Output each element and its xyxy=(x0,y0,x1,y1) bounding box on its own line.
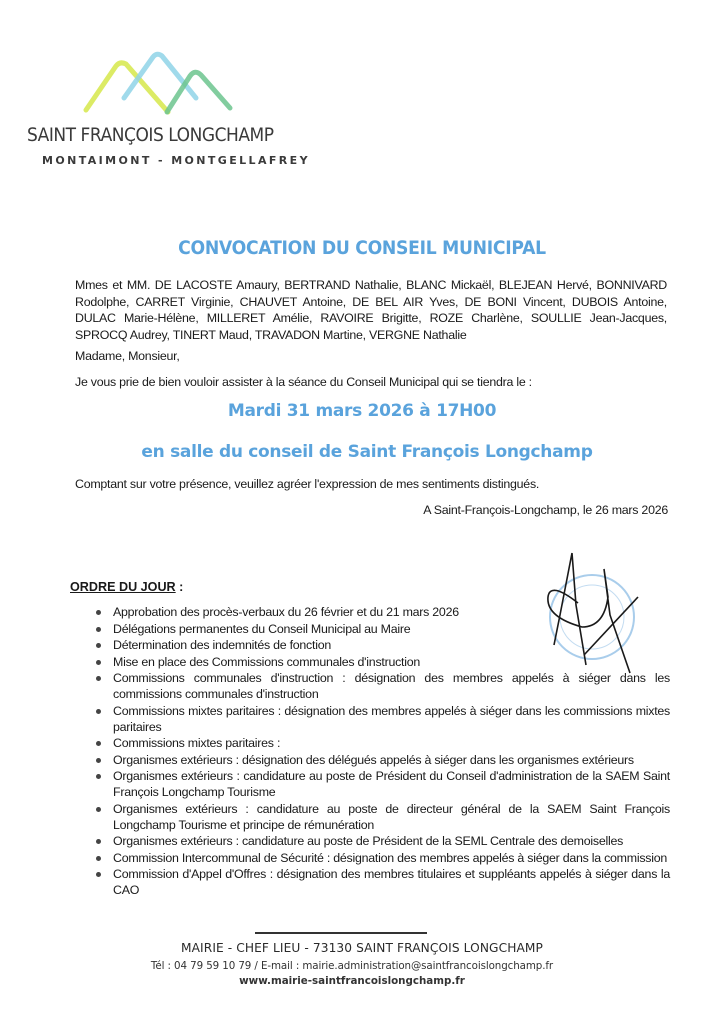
org-subtitle: MONTAIMONT - MONTGELLAFREY xyxy=(42,154,310,167)
agenda-item-text: Organismes extérieurs : désignation des … xyxy=(113,753,634,767)
agenda-item-text: Commission Intercommunal de Sécurité : d… xyxy=(113,851,667,865)
bullet-icon xyxy=(96,872,101,877)
bullet-icon xyxy=(96,741,101,746)
agenda-item-text: Organismes extérieurs : candidature au p… xyxy=(113,802,670,832)
agenda-item: Commissions mixtes paritaires : désignat… xyxy=(96,703,670,735)
place-date: A Saint-François-Longchamp, le 26 mars 2… xyxy=(423,503,668,517)
bullet-icon xyxy=(96,676,101,681)
meeting-date: Mardi 31 mars 2026 à 17H00 xyxy=(0,401,724,421)
bullet-icon xyxy=(96,856,101,861)
agenda-item-text: Organismes extérieurs : candidature au p… xyxy=(113,834,623,848)
document-title: CONVOCATION DU CONSEIL MUNICIPAL xyxy=(25,238,698,259)
bullet-icon xyxy=(96,660,101,665)
agenda-item-text: Organismes extérieurs : candidature au p… xyxy=(113,769,670,799)
closing-text: Comptant sur votre présence, veuillez ag… xyxy=(75,477,539,491)
bullet-icon xyxy=(96,709,101,714)
agenda-item: Organismes extérieurs : candidature au p… xyxy=(96,801,670,833)
bullet-icon xyxy=(96,610,101,615)
agenda-item-text: Délégations permanentes du Conseil Munic… xyxy=(113,622,410,636)
footer-address: MAIRIE - CHEF LIEU - 73130 SAINT FRANÇOI… xyxy=(0,941,724,955)
agenda-title-suffix: : xyxy=(176,580,184,594)
agenda-item-text: Commissions communales d'instruction : d… xyxy=(113,671,670,701)
agenda-item: Commission Intercommunal de Sécurité : d… xyxy=(96,850,670,866)
agenda-item: Commission d'Appel d'Offres : désignatio… xyxy=(96,866,670,898)
bullet-icon xyxy=(96,807,101,812)
org-name: SAINT FRANÇOIS LONGCHAMP xyxy=(27,125,275,146)
recipients-list: Mmes et MM. DE LACOSTE Amaury, BERTRAND … xyxy=(75,277,667,343)
mountains-logo-icon xyxy=(78,50,238,118)
agenda-item: Approbation des procès-verbaux du 26 fév… xyxy=(96,604,670,620)
agenda-item: Organismes extérieurs : candidature au p… xyxy=(96,833,670,849)
agenda-item-text: Détermination des indemnités de fonction xyxy=(113,638,331,652)
agenda-item: Mise en place des Commissions communales… xyxy=(96,654,670,670)
agenda-item-text: Mise en place des Commissions communales… xyxy=(113,655,420,669)
agenda-list: Approbation des procès-verbaux du 26 fév… xyxy=(96,604,670,899)
bullet-icon xyxy=(96,627,101,632)
intro-text: Je vous prie de bien vouloir assister à … xyxy=(75,375,532,389)
agenda-item: Commissions mixtes paritaires : xyxy=(96,735,670,751)
agenda-item: Organismes extérieurs : candidature au p… xyxy=(96,768,670,800)
agenda-title-text: ORDRE DU JOUR xyxy=(70,580,176,594)
footer-divider xyxy=(255,932,427,934)
agenda-item: Organismes extérieurs : désignation des … xyxy=(96,752,670,768)
meeting-location: en salle du conseil de Saint François Lo… xyxy=(0,442,724,462)
bullet-icon xyxy=(96,839,101,844)
footer-contact: Tél : 04 79 59 10 79 / E-mail : mairie.a… xyxy=(0,960,704,972)
agenda-item: Délégations permanentes du Conseil Munic… xyxy=(96,621,670,637)
bullet-icon xyxy=(96,643,101,648)
agenda-item: Commissions communales d'instruction : d… xyxy=(96,670,670,702)
footer-website-link[interactable]: www.mairie-saintfrancoislongchamp.fr xyxy=(0,975,704,987)
agenda-item-text: Commissions mixtes paritaires : xyxy=(113,736,280,750)
bullet-icon xyxy=(96,758,101,763)
agenda-item-text: Commission d'Appel d'Offres : désignatio… xyxy=(113,867,670,897)
agenda-item-text: Approbation des procès-verbaux du 26 fév… xyxy=(113,605,459,619)
agenda-item: Détermination des indemnités de fonction xyxy=(96,637,670,653)
agenda-item-text: Commissions mixtes paritaires : désignat… xyxy=(113,704,670,734)
greeting: Madame, Monsieur, xyxy=(75,349,180,363)
agenda-title: ORDRE DU JOUR : xyxy=(70,580,183,594)
bullet-icon xyxy=(96,774,101,779)
